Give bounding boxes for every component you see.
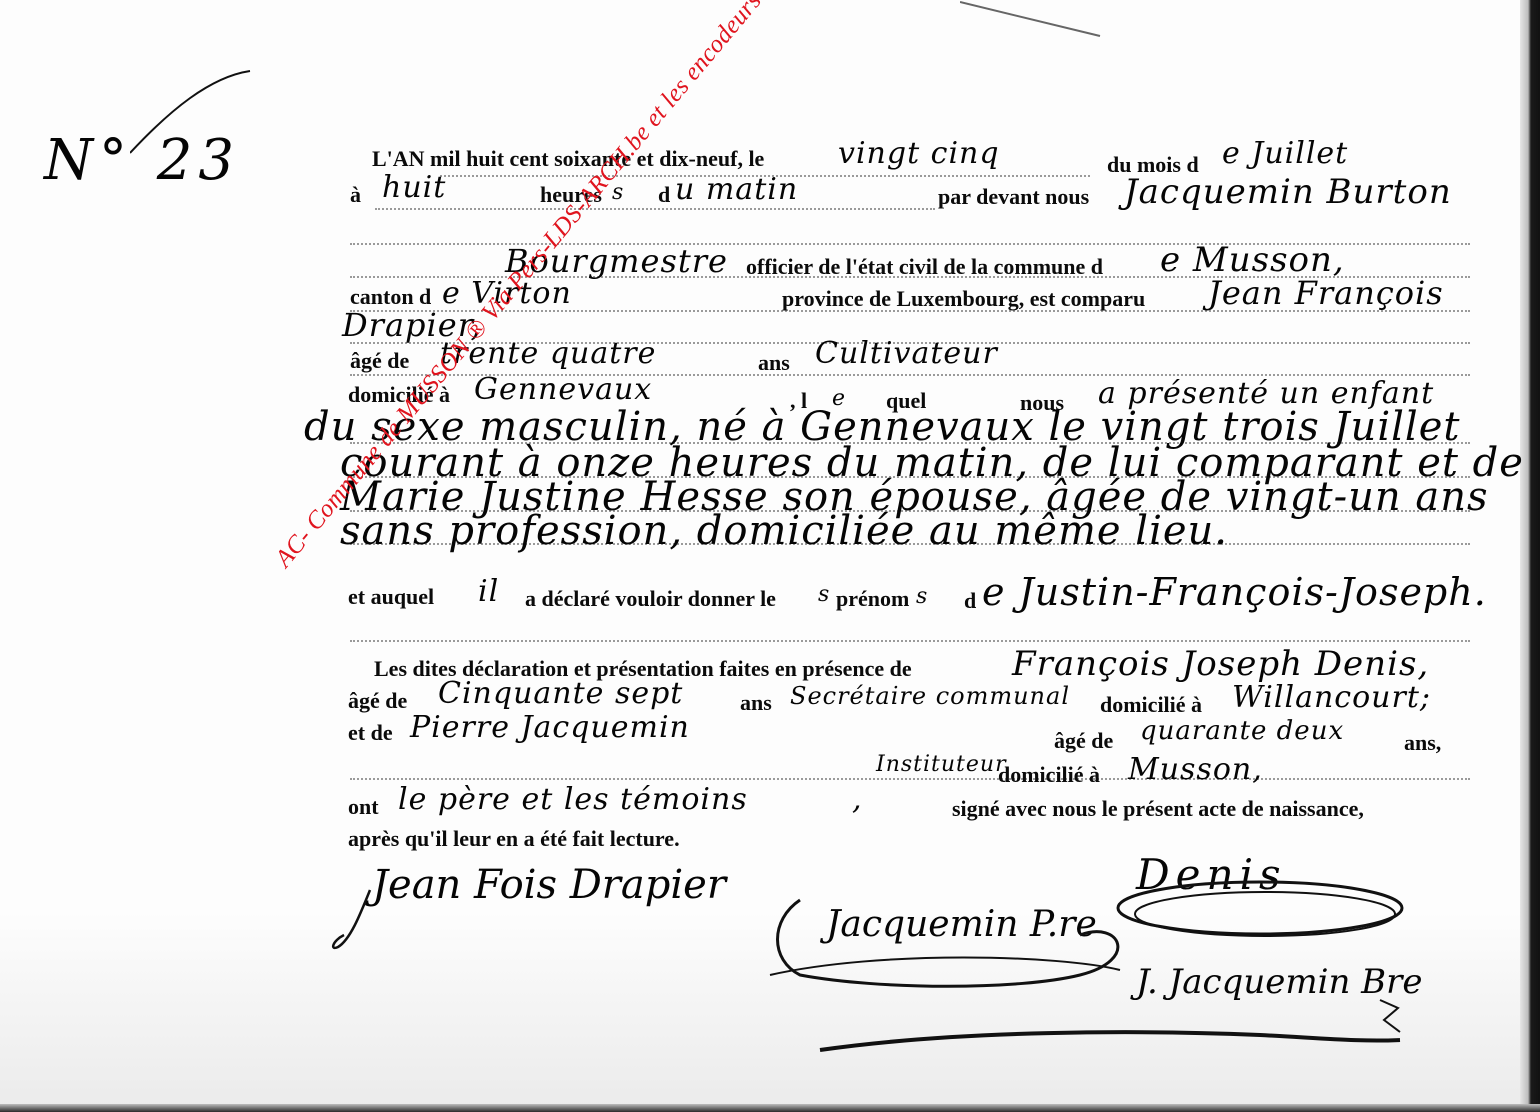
scanned-record-page: N° 23 L'AN mil huit cent soixante et dix… (0, 0, 1540, 1112)
handwritten-witness2-residence: Musson, (1128, 752, 1263, 787)
printed-officier-text: officier de l'état civil de la commune d (746, 254, 1103, 280)
handwritten-witness1-residence: Willancourt; (1232, 680, 1431, 715)
declarant-flourish-icon (330, 885, 450, 955)
handwritten-officer-name: Jacquemin Burton (1124, 172, 1452, 212)
handwritten-declarant-first: Jean François (1208, 274, 1444, 312)
handwritten-witness2-occupation: Instituteur (876, 752, 1007, 777)
handwritten-s-fill: s (916, 584, 928, 609)
printed-d: d (964, 588, 976, 614)
rule-line (375, 208, 935, 210)
handwritten-signers: le père et les témoins (398, 782, 748, 817)
handwritten-period: u matin (675, 172, 798, 207)
handwritten-witness2-name: Pierre Jacquemin (410, 710, 690, 745)
printed-a: à (350, 182, 361, 208)
printed-age-de: âgé de (350, 348, 409, 374)
printed-age-de: âgé de (1054, 728, 1113, 754)
page-right-edge (1520, 0, 1540, 1112)
printed-age-de: âgé de (348, 688, 407, 714)
printed-declare-text: a déclaré vouloir donner le (525, 586, 776, 612)
printed-domicilie: domicilié à (998, 762, 1100, 788)
handwritten-witness1-age: Cinquante sept (438, 676, 683, 711)
printed-et-de: et de (348, 720, 393, 746)
page-bottom-edge (0, 1104, 1540, 1112)
handwritten-pronoun: il (478, 574, 499, 609)
handwritten-residence: Gennevaux (474, 372, 652, 407)
handwritten-day: vingt cinq (838, 136, 1000, 171)
handwritten-month: e Juillet (1222, 136, 1348, 171)
printed-domicilie: domicilié à (1100, 692, 1202, 718)
handwritten-hour: huit (382, 170, 446, 205)
handwritten-comma: , (852, 782, 863, 817)
rule-line (350, 778, 1470, 780)
handwritten-occupation: Cultivateur (815, 336, 998, 371)
handwritten-witness1-name: François Joseph Denis, (1012, 644, 1429, 684)
handwritten-given-names: e Justin-François-Joseph. (982, 570, 1487, 614)
printed-signe-text: signé avec nous le présent acte de naiss… (952, 796, 1364, 822)
handwritten-body-line: sans profession, domiciliée au même lieu… (340, 508, 1228, 554)
printed-d: d (658, 182, 670, 208)
printed-province-text: province de Luxembourg, est comparu (782, 286, 1145, 312)
printed-ans: ans (758, 350, 790, 376)
handwritten-witness2-age: quarante deux (1140, 716, 1344, 746)
printed-par-devant-nous: par devant nous (938, 184, 1089, 210)
handwritten-s-fill: s (818, 582, 830, 607)
printed-ans: ans, (1404, 730, 1441, 756)
printed-year-text: L'AN mil huit cent soixante et dix-neuf,… (372, 146, 764, 172)
rule-line (350, 640, 1470, 642)
scan-mark-icon (960, 0, 1110, 40)
printed-ans: ans (740, 690, 772, 716)
printed-apres-text: après qu'il leur en a été fait lecture. (348, 826, 680, 852)
record-number: N° 23 (44, 128, 240, 193)
printed-prenom: prénom (836, 586, 909, 612)
handwritten-witness1-occupation: Secrétaire communal (790, 682, 1070, 710)
printed-et-auquel: et auquel (348, 584, 434, 610)
signature-flourishes-icon (760, 880, 1520, 1080)
printed-ont: ont (348, 794, 379, 820)
